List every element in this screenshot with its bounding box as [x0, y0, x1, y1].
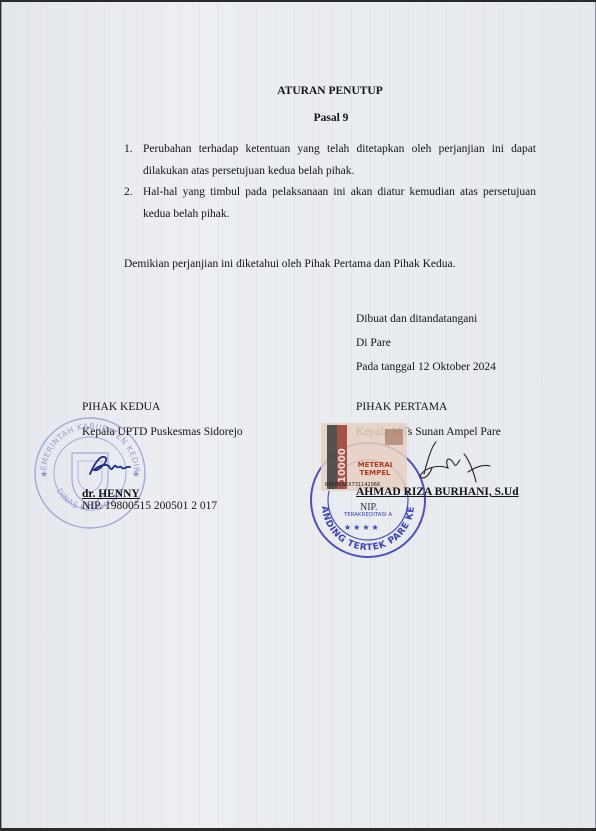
clause-item: 1. Perubahan terhadap ketentuan yang tel… [124, 139, 536, 182]
party-one-nip: NIP. [360, 502, 378, 513]
signing-place-date: Dibuat dan ditandatangani Di Pare Pada t… [356, 307, 496, 379]
clause-list: 1. Perubahan terhadap ketentuan yang tel… [124, 139, 536, 225]
svg-text:METERAI: METERAI [358, 461, 393, 469]
signature-party-one-icon [414, 438, 494, 488]
party-two-label: PIHAK KEDUA [82, 395, 243, 420]
revenue-stamp-icon: 10000 METERAI TEMPEL B95BEAKX731142066 [321, 423, 407, 491]
signing-location: Di Pare [356, 331, 496, 355]
section-heading: ATURAN PENUTUP [2, 85, 596, 97]
clause-number: 1. [124, 139, 133, 161]
svg-text:TEMPEL: TEMPEL [360, 469, 391, 477]
signature-party-two-icon [86, 450, 134, 482]
signing-date: Pada tanggal 12 Oktober 2024 [356, 355, 496, 379]
clause-item: 2. Hal-hal yang timbul pada pelaksanaan … [124, 182, 536, 225]
svg-text:10000: 10000 [337, 448, 348, 483]
signing-line: Dibuat dan ditandatangani [356, 307, 496, 331]
party-one-name: AHMAD RIZA BURHANI, S.Ud [356, 486, 519, 498]
party-two-block: PIHAK KEDUA Kepala UPTD Puskesmas Sidore… [82, 395, 243, 445]
party-two-position: Kepala UPTD Puskesmas Sidorejo [82, 420, 243, 445]
clause-text: Perubahan terhadap ketentuan yang telah … [143, 139, 536, 182]
document-page: ATURAN PENUTUP Pasal 9 1. Perubahan terh… [1, 2, 596, 828]
closing-statement: Demikian perjanjian ini diketahui oleh P… [124, 258, 456, 270]
svg-text:★: ★ [40, 469, 48, 479]
party-one-label: PIHAK PERTAMA [356, 395, 501, 420]
svg-text:★ ★ ★ ★: ★ ★ ★ ★ [344, 523, 379, 532]
party-two-nip: NIP. 19800515 200501 2 017 [82, 500, 217, 512]
clause-number: 2. [124, 182, 133, 204]
clause-text: Hal-hal yang timbul pada pelaksanaan ini… [143, 182, 536, 225]
party-two-name: dr. HENNY [82, 488, 140, 500]
article-heading: Pasal 9 [2, 112, 596, 124]
